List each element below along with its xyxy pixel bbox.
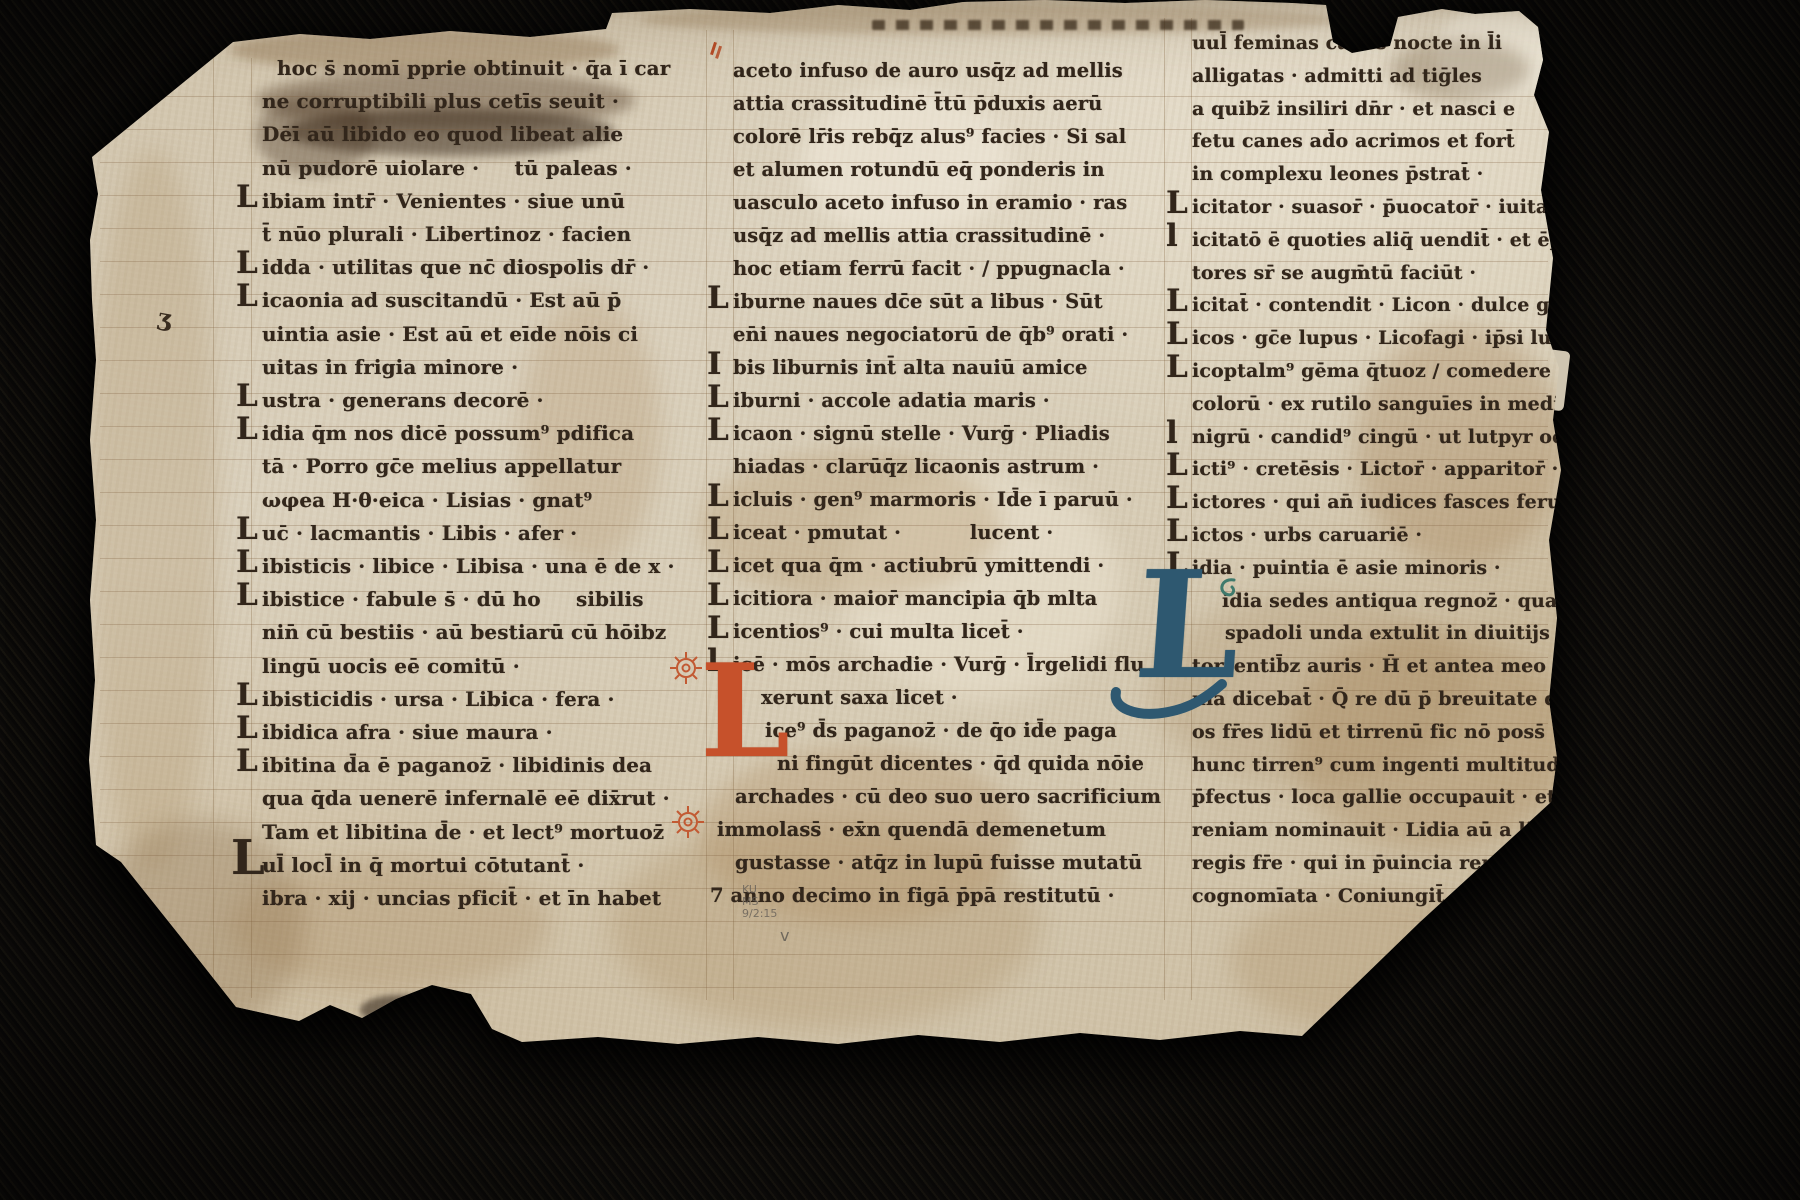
parchment-fragment: hoc s̄ nomī pprie obtinuit · q̄a ī carne… [0, 0, 1800, 1200]
parchment-edge-shading [0, 0, 1800, 1200]
parchment-surface: hoc s̄ nomī pprie obtinuit · q̄a ī carne… [0, 0, 1800, 1200]
manuscript-photo: hoc s̄ nomī pprie obtinuit · q̄a ī carne… [0, 0, 1800, 1200]
